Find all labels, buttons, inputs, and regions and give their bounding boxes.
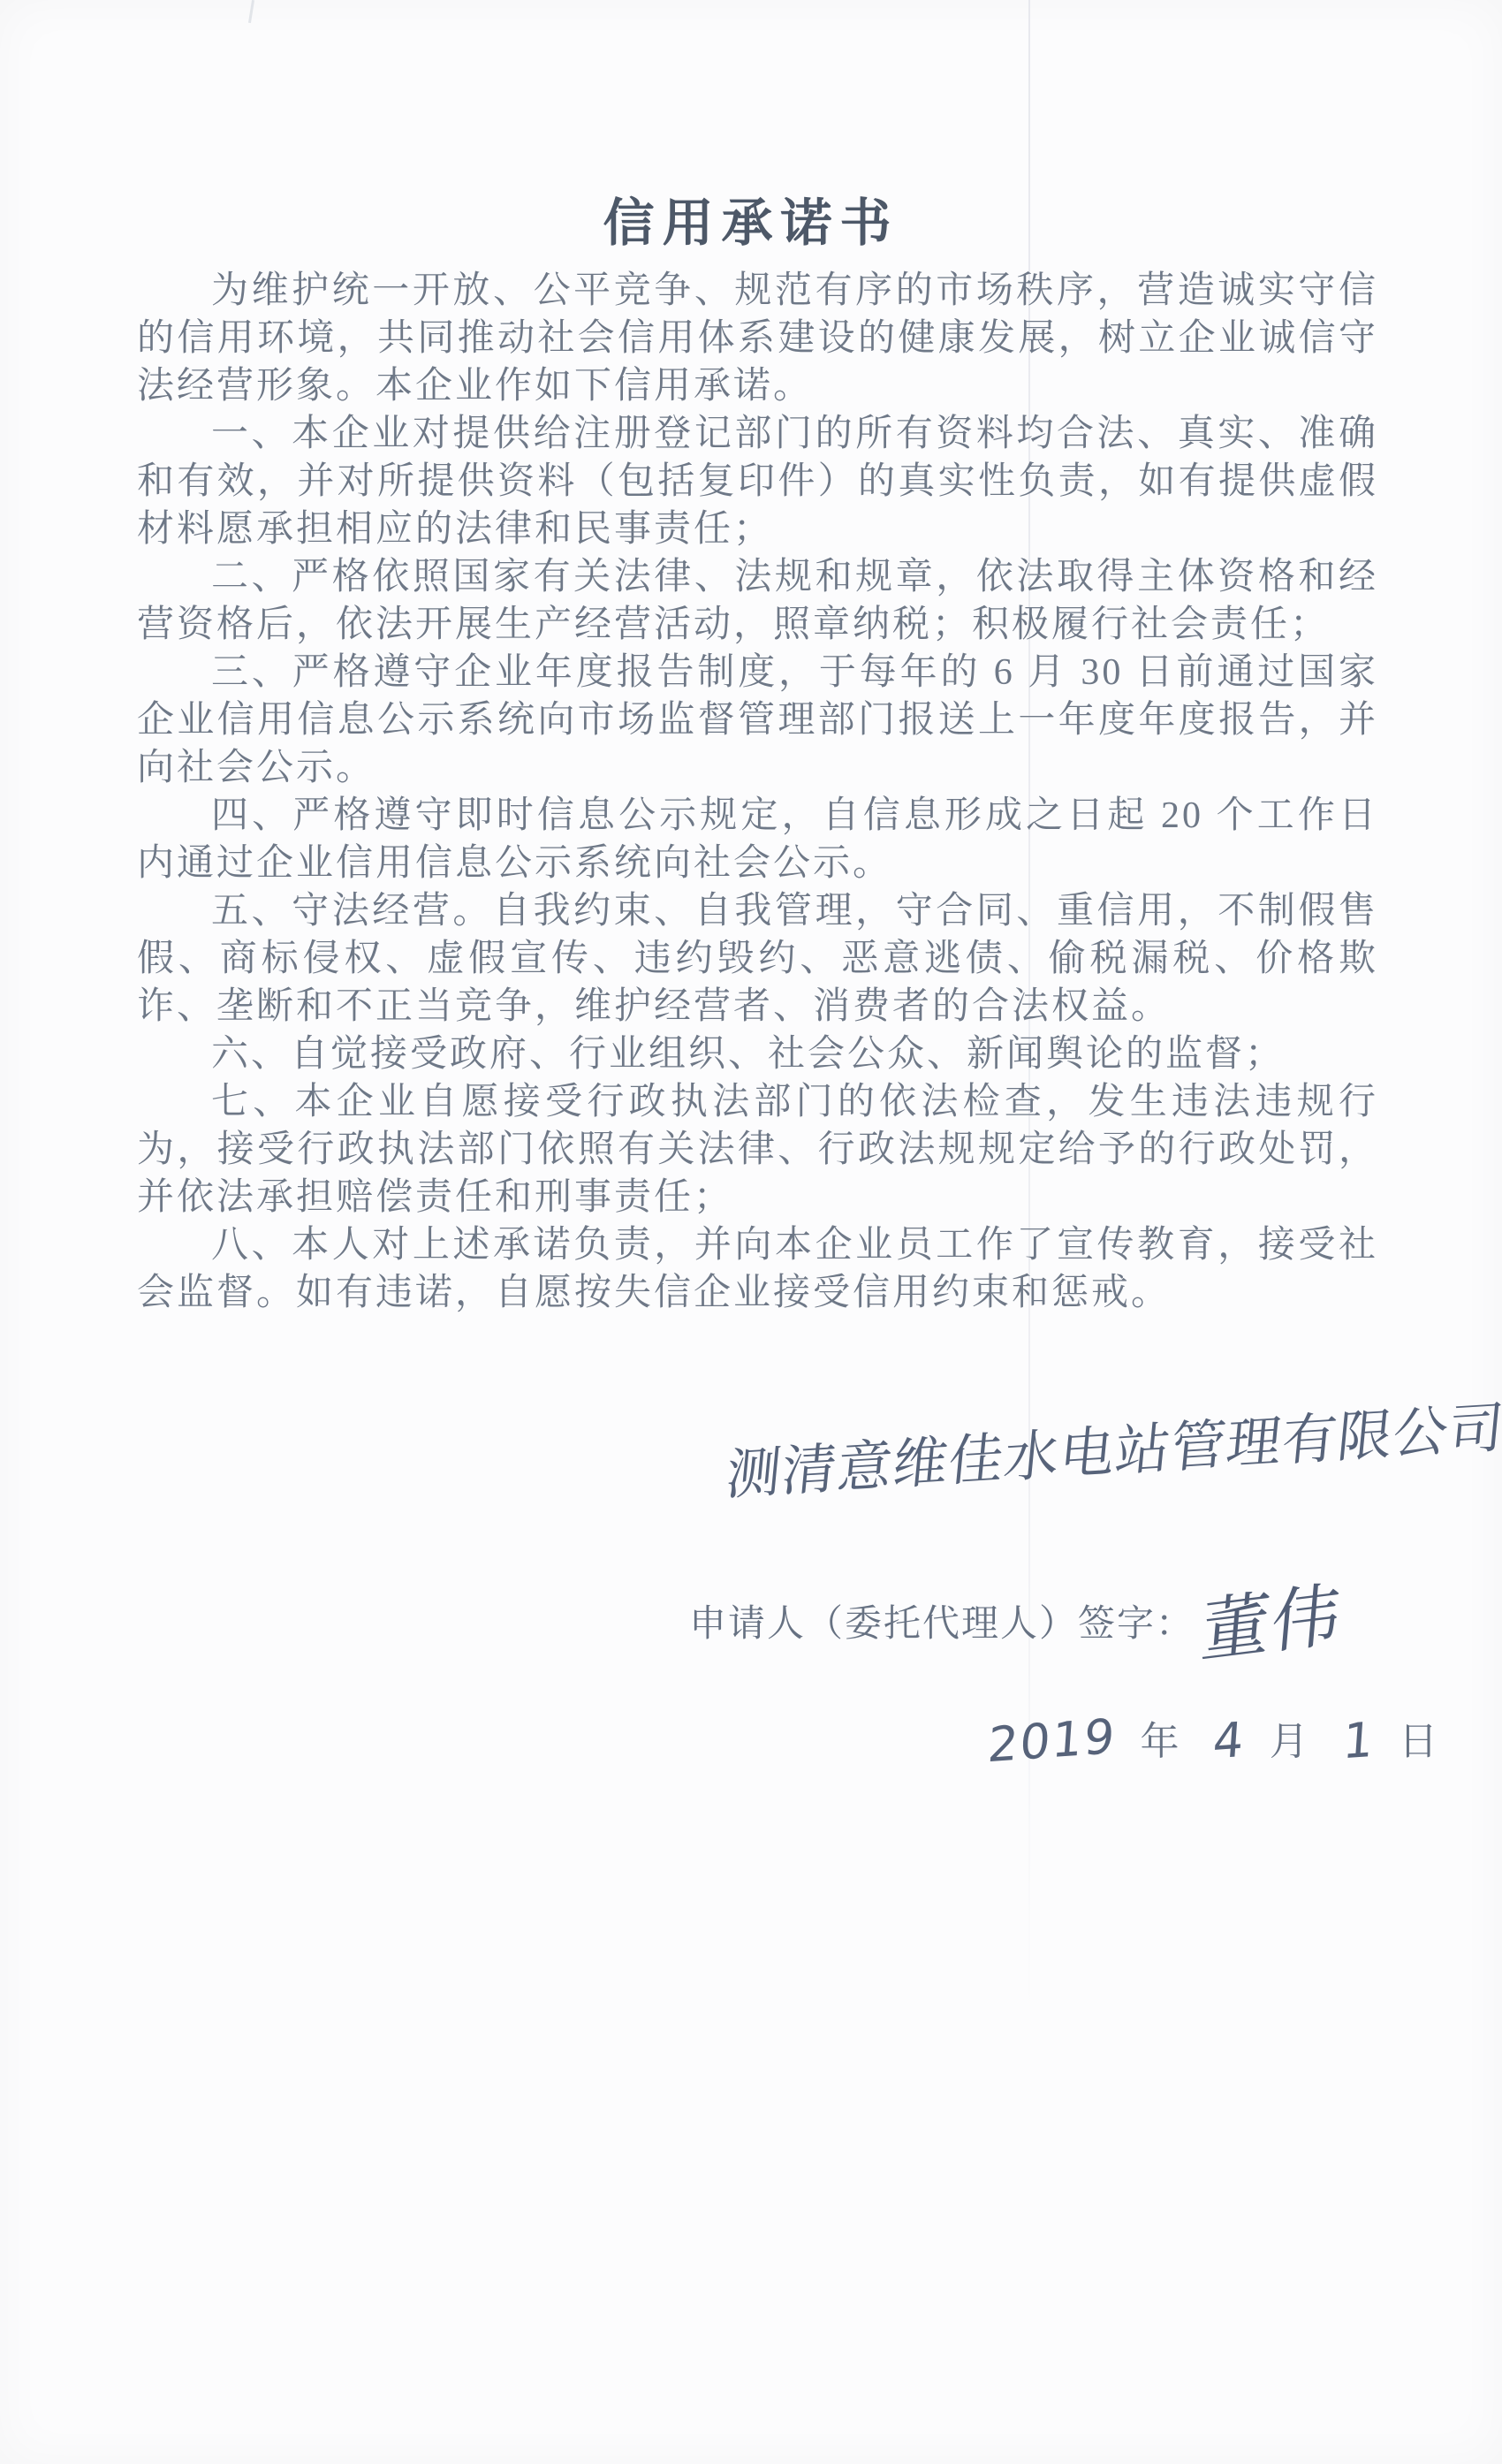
date-day-label: 日 [1399, 1720, 1439, 1763]
paragraph-6: 五、守法经营。自我约束、自我管理，守合同、重信用，不制假售假、商标侵权、虚假宣传… [137, 887, 1378, 1030]
paragraph-7: 六、自觉接受政府、行业组织、社会公众、新闻舆论的监督； [137, 1030, 1378, 1078]
date-month-label: 月 [1270, 1720, 1310, 1763]
document-body: 为维护统一开放、公平竞争、规范有序的市场秩序，营造诚实守信的信用环境，共同推动社… [137, 267, 1378, 1317]
applicant-signature-line: 申请人（委托代理人）签字：董伟 [689, 1557, 1336, 1656]
paragraph-9: 八、本人对上述承诺负责，并向本企业员工作了宣传教育，接受社会监督。如有违诺，自愿… [137, 1221, 1378, 1317]
date-month-handwritten: 4 [1211, 1711, 1248, 1769]
date-day-handwritten: 1 [1341, 1711, 1377, 1769]
date-line: 2019 年 4 月 1 日 [988, 1709, 1448, 1766]
date-year-handwritten: 2019 [986, 1708, 1119, 1774]
company-name-handwritten: 测清意维佳水电站管理有限公司 [723, 1389, 1400, 1510]
paragraph-3: 二、严格依照国家有关法律、法规和规章，依法取得主体资格和经营资格后，依法开展生产… [137, 553, 1378, 649]
date-year-label: 年 [1140, 1720, 1180, 1763]
applicant-signature-handwritten: 董伟 [1198, 1558, 1347, 1677]
paragraph-4: 三、严格遵守企业年度报告制度，于每年的 6 月 30 日前通过国家企业信用信息公… [137, 649, 1378, 792]
paragraph-8: 七、本企业自愿接受行政执法部门的依法检查，发生违法违规行为，接受行政执法部门依照… [137, 1078, 1378, 1221]
paragraph-5: 四、严格遵守即时信息公示规定，自信息形成之日起 20 个工作日内通过企业信用信息… [137, 792, 1378, 887]
document-title: 信用承诺书 [0, 181, 1502, 255]
applicant-label: 申请人（委托代理人）签字： [689, 1604, 1195, 1645]
paragraph-1: 为维护统一开放、公平竞争、规范有序的市场秩序，营造诚实守信的信用环境，共同推动社… [137, 267, 1378, 410]
scanned-page: 信用承诺书 为维护统一开放、公平竞争、规范有序的市场秩序，营造诚实守信的信用环境… [0, 0, 1502, 2464]
scan-artifact-mark [248, 0, 254, 23]
paragraph-2: 一、本企业对提供给注册登记部门的所有资料均合法、真实、准确和有效，并对所提供资料… [137, 410, 1378, 553]
